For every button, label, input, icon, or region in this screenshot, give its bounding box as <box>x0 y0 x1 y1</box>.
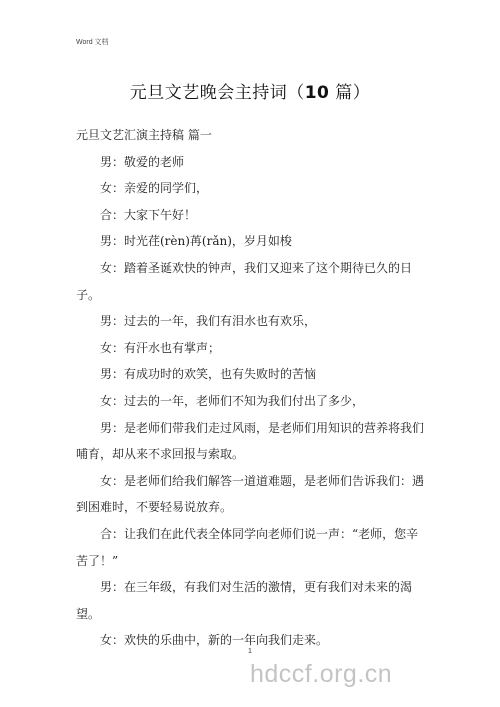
paragraph: 女：过去的一年，老师们不知为我们付出了多少， <box>76 388 426 415</box>
document-body: 元旦文艺汇演主持稿 篇一 男：敬爱的老师 女：亲爱的同学们， 合：大家下午好！ … <box>76 122 426 654</box>
paragraph: 男：是老师们带我们走过风雨，是老师们用知识的营养将我们哺育，却从来不求回报与索取… <box>76 415 426 468</box>
section-heading: 元旦文艺汇演主持稿 篇一 <box>76 122 426 149</box>
paragraph: 男：时光荏(rèn)苒(rǎn)，岁月如梭 <box>76 228 426 255</box>
paragraph: 男：有成功时的欢笑，也有失败时的苦恼 <box>76 361 426 388</box>
paragraph: 女：有汗水也有掌声； <box>76 335 426 362</box>
title-end: 篇） <box>329 83 370 103</box>
watermark: hdccf.org.cn <box>250 660 392 689</box>
document-header-label: Word 文档 <box>76 37 109 47</box>
paragraph: 男：过去的一年，我们有泪水也有欢乐， <box>76 308 426 335</box>
title-count: 10 <box>305 83 330 103</box>
paragraph: 男：敬爱的老师 <box>76 149 426 176</box>
title-text: 元旦文艺晚会主持词（ <box>130 83 305 103</box>
paragraph: 男：在三年级，有我们对生活的激情，更有我们对未来的渴望。 <box>76 574 426 627</box>
paragraph: 合：让我们在此代表全体同学向老师们说一声：“老师，您辛苦了！” <box>76 521 426 574</box>
paragraph: 女：亲爱的同学们， <box>76 175 426 202</box>
paragraph: 女：踏着圣诞欢快的钟声，我们又迎来了这个期待已久的日子。 <box>76 255 426 308</box>
document-title: 元旦文艺晚会主持词（10 篇） <box>0 78 500 103</box>
paragraph: 合：大家下午好！ <box>76 202 426 229</box>
page-number: 1 <box>0 648 500 655</box>
paragraph: 女：是老师们给我们解答一道道难题，是老师们告诉我们：遇到困难时，不要轻易说放弃。 <box>76 468 426 521</box>
